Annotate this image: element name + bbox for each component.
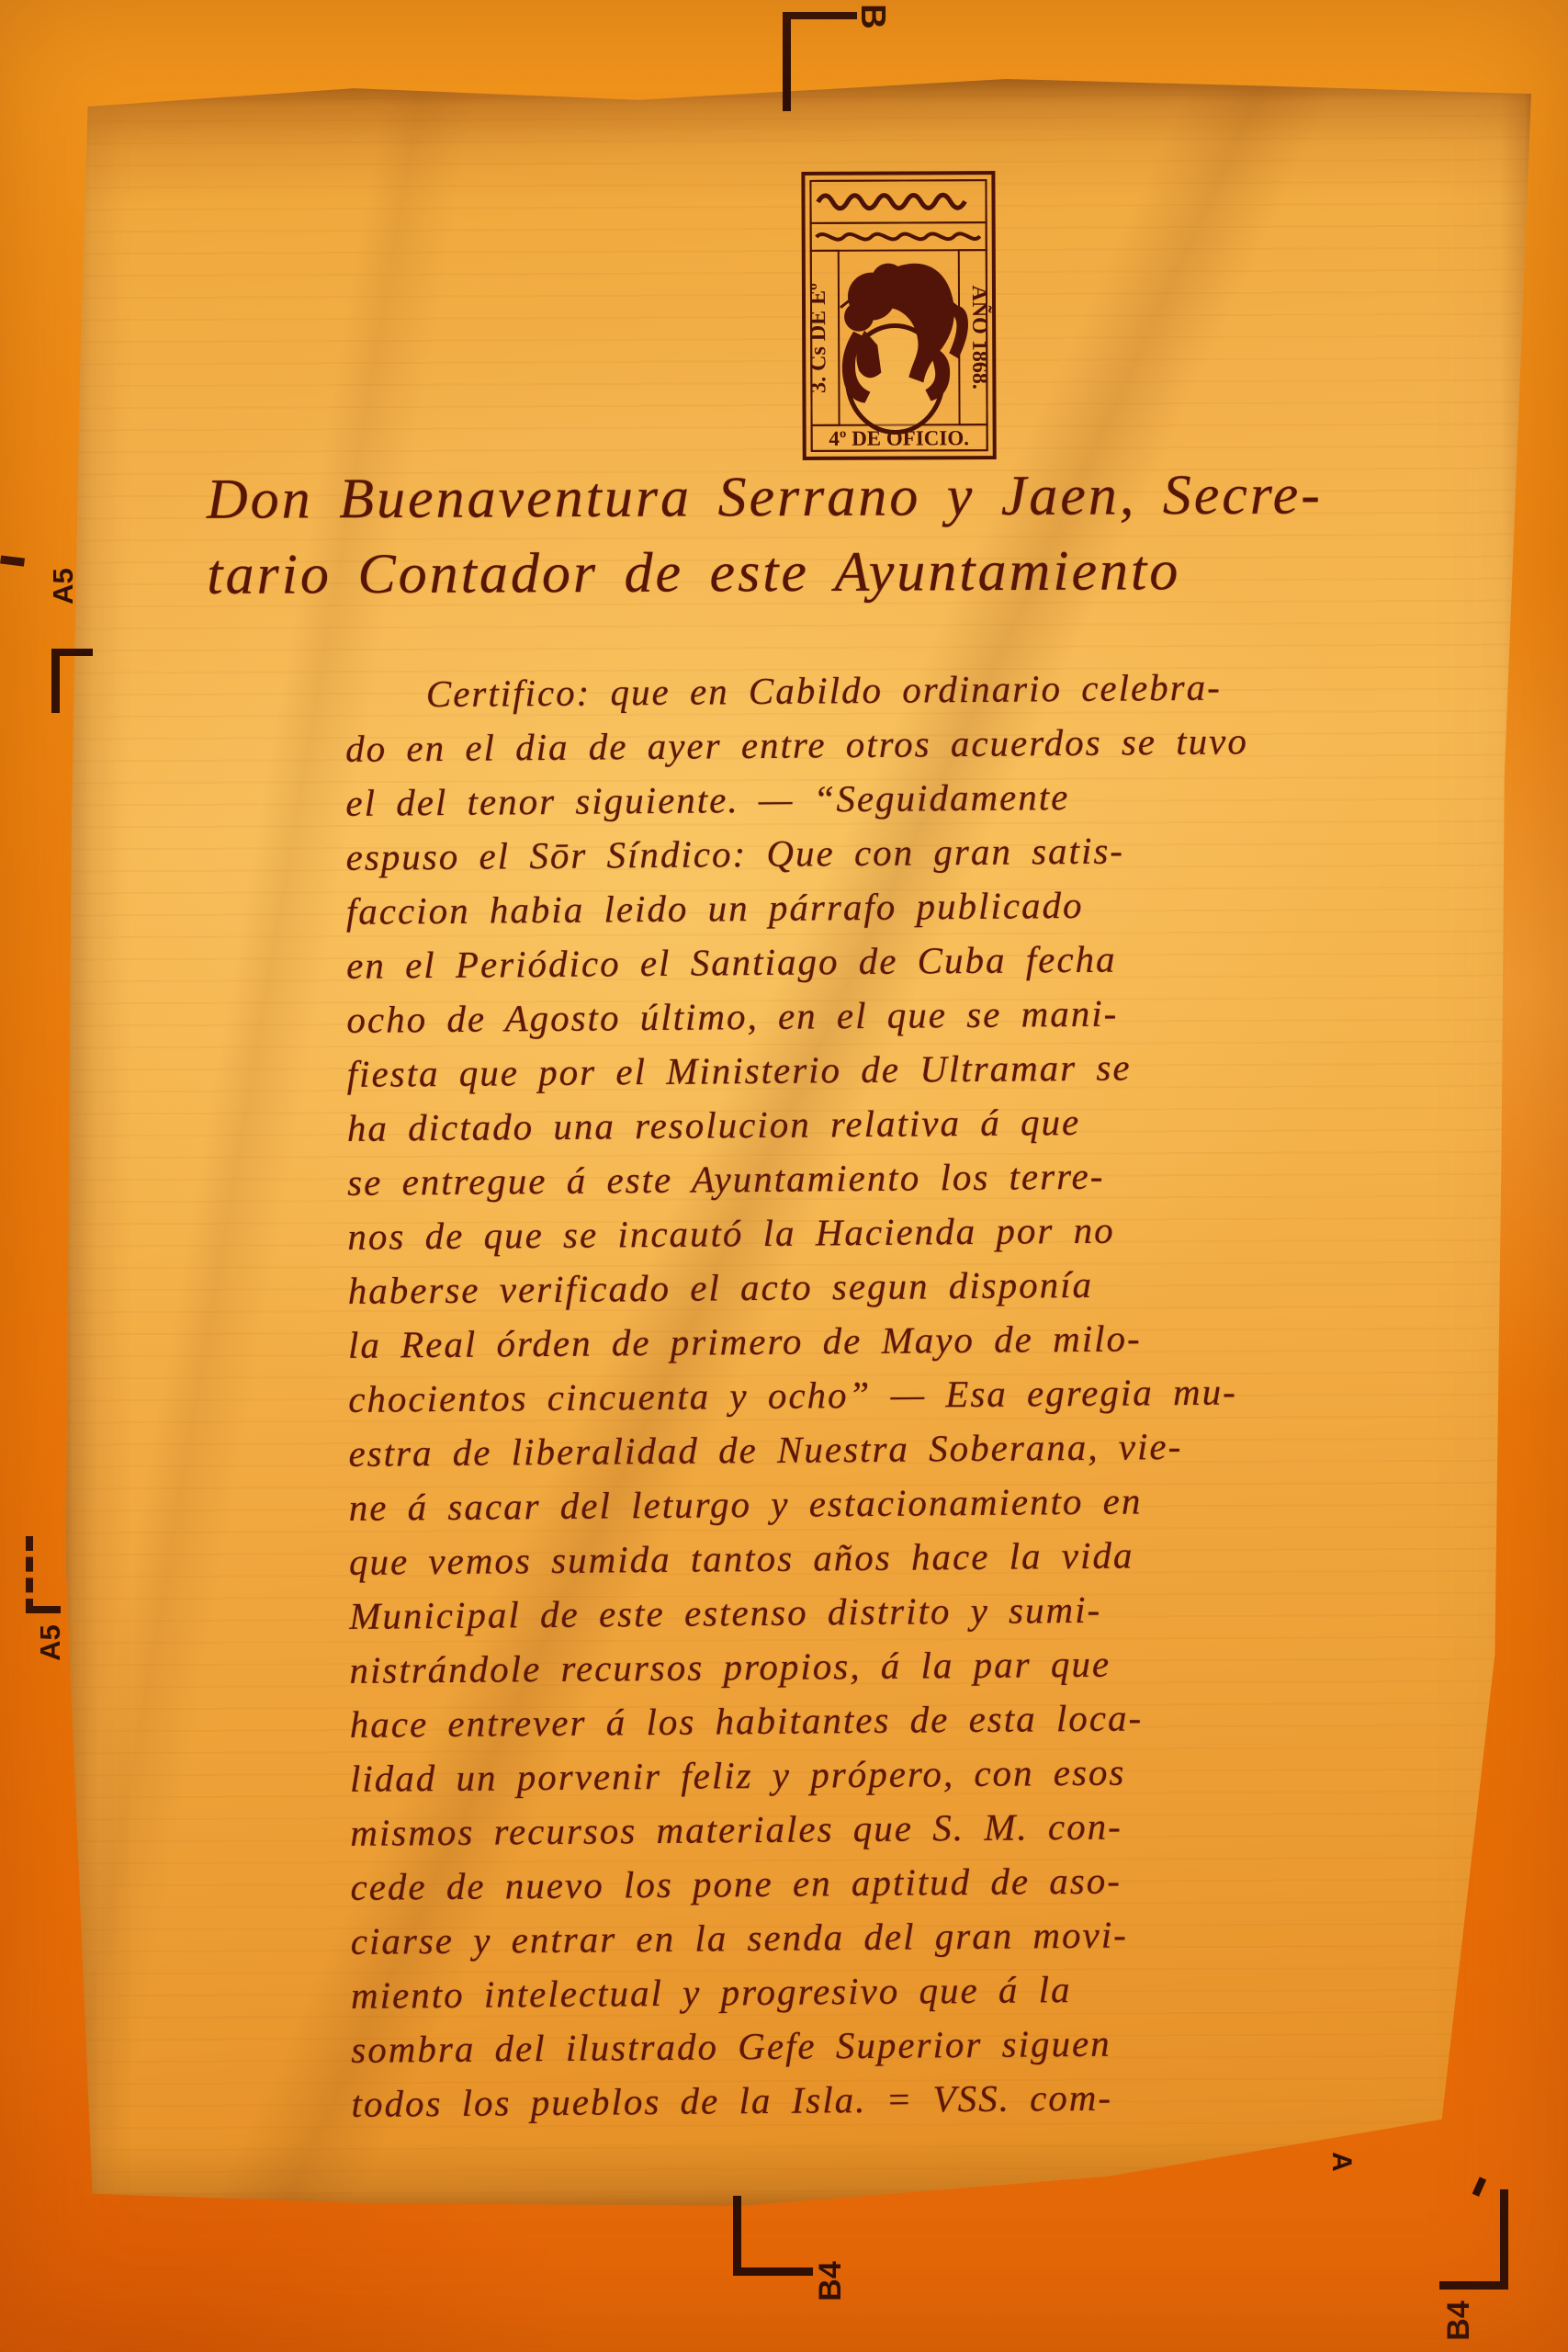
left-lower-frame-label: A5 — [32, 1614, 69, 1671]
stamp-bottom-text: 4º DE OFICIO. — [829, 426, 969, 450]
manuscript-line: se entregue á este Ayuntamiento los terr… — [347, 1146, 1514, 1210]
manuscript-line: Municipal de este estenso distrito y sum… — [349, 1579, 1516, 1644]
manuscript-line: miento intelectual y progresivo que á la — [351, 1959, 1517, 2023]
left-lower-corner-bracket — [26, 1536, 61, 1613]
manuscript-heading: Don Buenaventura Serrano y Jaen, Secre- … — [207, 457, 1494, 613]
manuscript-line: que vemos sumida tantos años hace la vid… — [349, 1525, 1516, 1589]
archival-photo: 3. Cs DE Eº AÑO 1868. 4º DE OFICIO. Don … — [0, 0, 1568, 2352]
stamp-left-text: 3. Cs DE Eº — [807, 283, 831, 393]
top-corner-bracket — [783, 12, 857, 111]
manuscript-body: Certifico: que en Cabildo ordinario cele… — [345, 661, 1518, 2130]
manuscript-line: lidad un porvenir feliz y própero, con e… — [350, 1742, 1517, 1806]
left-upper-frame-label: A5 — [45, 560, 82, 613]
heading-line-1: Don Buenaventura Serrano y Jaen, Secre- — [207, 457, 1493, 537]
manuscript-line: el del tenor siguiente. — “Seguidamente — [345, 766, 1512, 831]
bottom-frame-label: B4 — [811, 2256, 850, 2307]
stamp-right-text: AÑO 1868. — [967, 285, 991, 389]
manuscript-line: fiesta que por el Ministerio de Ultramar… — [346, 1037, 1513, 1102]
manuscript-line: ne á sacar del leturgo y estacionamiento… — [348, 1471, 1515, 1535]
manuscript-line: ciarse y entrar en la senda del gran mov… — [351, 1905, 1517, 1969]
manuscript-line: todos los pueblos de la Isla. = VSS. com… — [351, 2067, 1517, 2131]
manuscript-line: haberse verificado el acto segun disponí… — [347, 1254, 1514, 1318]
manuscript-line: mismos recursos materiales que S. M. con… — [350, 1796, 1517, 1860]
manuscript-line: nos de que se incautó la Hacienda por no — [347, 1200, 1514, 1264]
manuscript-line: en el Periódico el Santiago de Cuba fech… — [346, 929, 1513, 993]
manuscript-line: faccion habia leido un párrafo publicado — [346, 875, 1513, 939]
manuscript-line: estra de liberalidad de Nuestra Soberana… — [348, 1417, 1515, 1481]
manuscript-line: do en el dia de ayer entre otros acuerdo… — [345, 712, 1512, 776]
bottom-right-frame-label: B4 — [1439, 2295, 1478, 2346]
manuscript-line: espuso el Sōr Síndico: Que con gran sati… — [345, 820, 1512, 885]
lion-stamp-icon: 3. Cs DE Eº AÑO 1868. 4º DE OFICIO. — [799, 169, 998, 462]
manuscript-line: chocientos cincuenta y ocho” — Esa egreg… — [348, 1363, 1515, 1427]
manuscript-line: ocho de Agosto último, en el que se mani… — [346, 983, 1513, 1047]
manuscript-line: sombra del ilustrado Gefe Superior sigue… — [351, 2013, 1517, 2077]
manuscript-line: la Real órden de primero de Mayo de milo… — [348, 1308, 1515, 1373]
left-tick-mark — [0, 555, 25, 574]
manuscript-line: nistrándole recursos propios, á la par q… — [349, 1634, 1516, 1698]
manuscript-line: cede de nuevo los pone en aptitud de aso… — [350, 1850, 1517, 1915]
top-frame-letter: B — [852, 0, 893, 37]
right-edge-frame-letter: A — [1325, 2143, 1357, 2180]
revenue-stamp: 3. Cs DE Eº AÑO 1868. 4º DE OFICIO. — [799, 169, 998, 462]
left-upper-corner-bracket — [51, 649, 93, 713]
manuscript-page: 3. Cs DE Eº AÑO 1868. 4º DE OFICIO. Don … — [51, 70, 1548, 2217]
bottom-right-corner-bracket — [1439, 2189, 1508, 2290]
manuscript-line: ha dictado una resolucion relativa á que — [347, 1091, 1514, 1156]
manuscript-line: Certifico: que en Cabildo ordinario cele… — [345, 658, 1512, 722]
heading-line-2: tario Contador de este Ayuntamiento — [207, 532, 1493, 613]
bottom-corner-bracket — [733, 2196, 813, 2276]
manuscript-line: hace entrever á los habitantes de esta l… — [350, 1688, 1517, 1752]
